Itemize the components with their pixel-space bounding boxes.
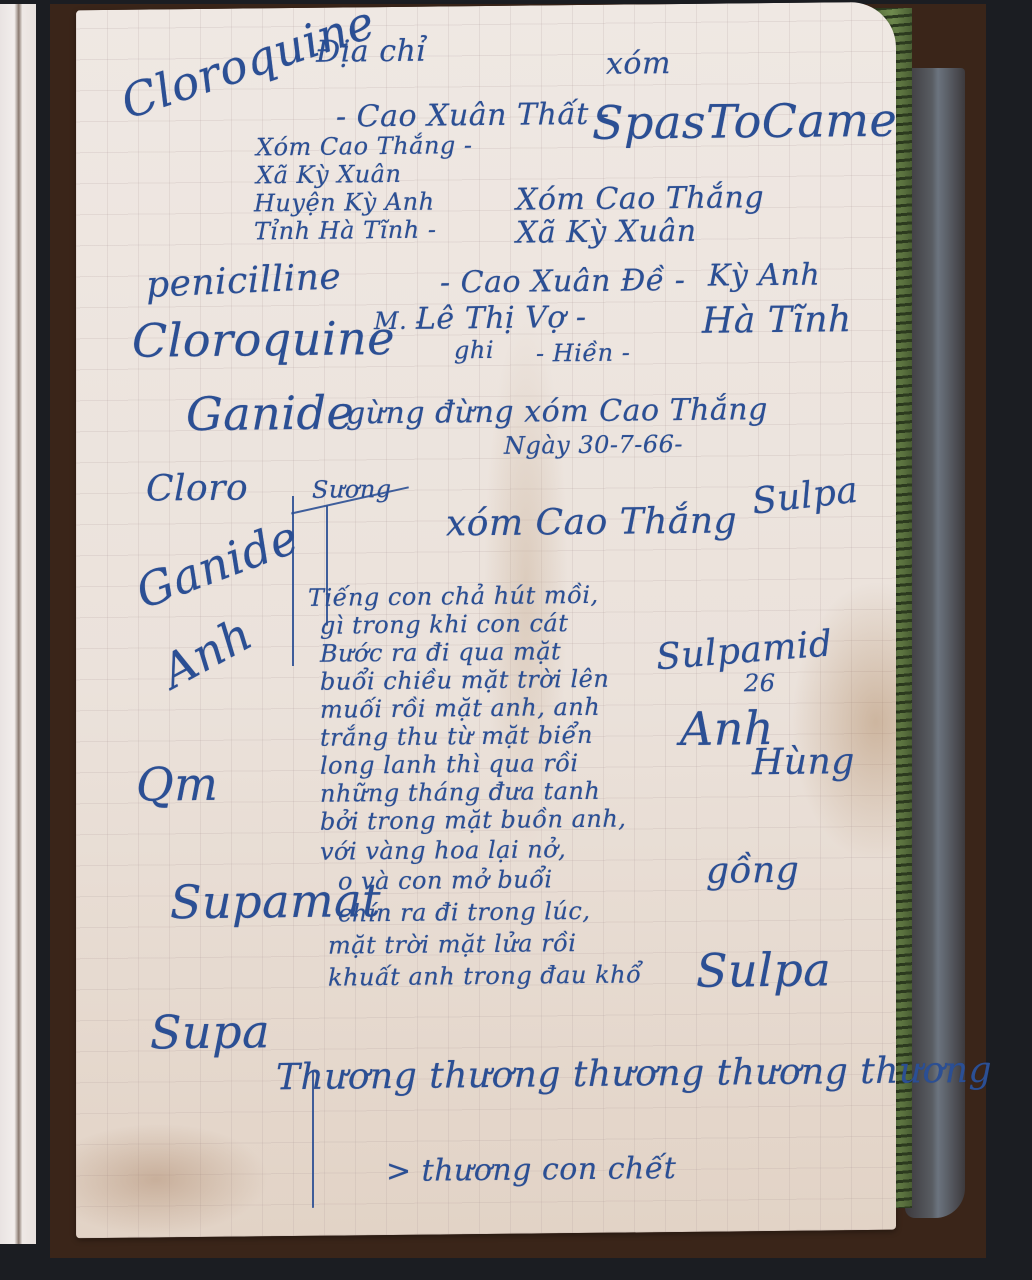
- drug-ganide-1: Ganide: [186, 389, 354, 437]
- poem-line: những tháng đưa tanh: [320, 779, 600, 806]
- right-address-line-2: Xã Kỳ Xuân: [516, 217, 697, 249]
- middle-row-3: - Hiền -: [536, 340, 630, 365]
- drug-ganide-2: Ganide: [130, 513, 304, 615]
- signature-anh-left: Anh: [154, 610, 259, 695]
- poem-line: bởi trong mặt buồn anh,: [320, 807, 626, 834]
- poem-line: Bước ra đi qua mặt: [320, 639, 561, 666]
- plastic-sleeve: [905, 68, 965, 1218]
- middle-row-6: xóm Cao Thắng: [446, 503, 737, 542]
- footer-line-2: > thương con chết: [386, 1154, 676, 1187]
- word-gong: gồng: [706, 853, 799, 890]
- poem-line: với vàng hoa lại nở,: [320, 837, 566, 864]
- vertical-stroke-1: [292, 496, 294, 666]
- right-address-line-4: Hà Tĩnh: [702, 302, 852, 340]
- drug-sulpa-1: Sulpa: [750, 473, 860, 521]
- drug-cloro: Cloro: [146, 470, 248, 507]
- poem-line: khuất anh trong đau khổ: [328, 962, 641, 989]
- number-26: 26: [744, 671, 776, 695]
- signature-qm: Qm: [136, 761, 218, 808]
- drug-supamat: Supamat: [170, 877, 381, 925]
- right-address-line-3: Kỳ Anh: [708, 260, 820, 291]
- poem-line: mặt trời mặt lửa rồi: [328, 931, 576, 958]
- address-line-2: Xóm Cao Thắng -: [256, 133, 473, 159]
- middle-row-3-prefix: ghi: [454, 338, 494, 362]
- poem-line: trắng thu từ mặt biển: [320, 723, 593, 750]
- right-address-line-1: Xóm Cao Thắng: [516, 183, 764, 216]
- word-hung: Hùng: [752, 744, 855, 781]
- notebook-back-pages: [0, 4, 36, 1244]
- hamlet-label: xóm: [606, 49, 671, 80]
- poem-line: gì trong khi con cát: [320, 611, 568, 638]
- drug-penicilline: penicilline: [145, 259, 341, 304]
- date-entry: Ngày 30-7-66-: [504, 432, 683, 458]
- middle-row-2: Lê Thị Vợ -: [416, 303, 587, 335]
- address-line-3: Xã Kỳ Xuân: [256, 162, 401, 188]
- address-line-5: Tỉnh Hà Tĩnh -: [254, 218, 436, 244]
- middle-row-4: gừng đừng xóm Cao Thắng: [346, 395, 768, 429]
- poem-line: Tiếng con chả hút mồi,: [308, 583, 599, 610]
- middle-row-1: - Cao Xuân Đề -: [440, 266, 685, 299]
- drug-spastocame: SpasToCame: [592, 97, 897, 146]
- drug-sulpa-2: Sulpa: [696, 946, 831, 993]
- drug-supa: Supa: [150, 1008, 270, 1055]
- drug-cloroquine-2: Cloroquine: [132, 315, 395, 364]
- footer-line-1: Thương thương thương thương thương: [276, 1053, 992, 1096]
- poem-line: buổi chiều mặt trời lên: [320, 667, 609, 694]
- poem-line: muối rồi mặt anh, anh: [320, 695, 600, 722]
- notebook-page: Địa chỉ xóm Cloroquine - Cao Xuân Thất -…: [76, 2, 896, 1239]
- address-line-4: Huyện Kỳ Anh: [254, 190, 435, 216]
- poem-line: long lanh thì qua rồi: [320, 751, 579, 778]
- address-line-1: - Cao Xuân Thất -: [336, 100, 609, 133]
